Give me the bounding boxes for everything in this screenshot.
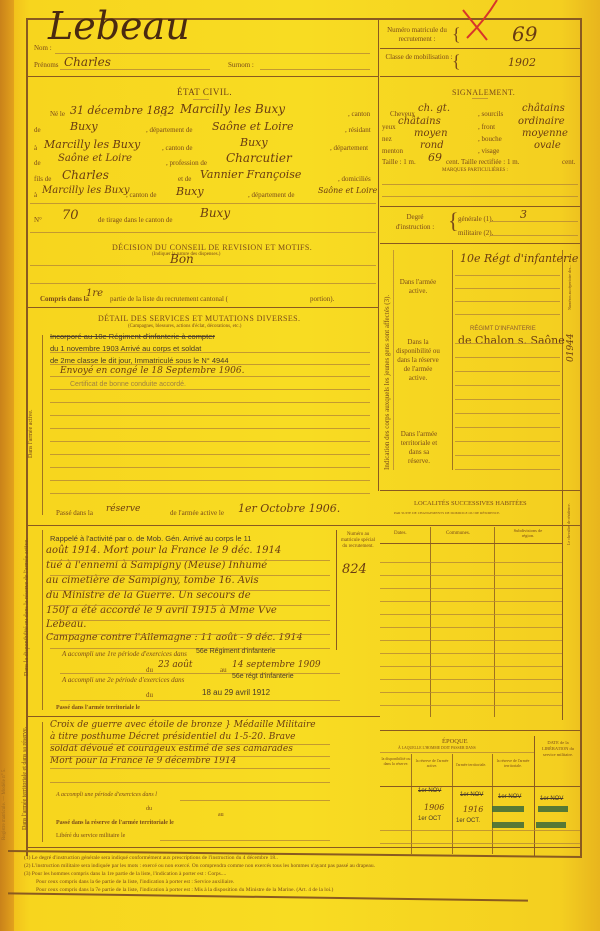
marques-label: MARQUES PARTICULIÈRES : xyxy=(442,168,508,173)
decision-value: Bon xyxy=(170,252,194,266)
localites-col-communes: Communes. xyxy=(446,531,470,536)
classe-label: Classe de mobilisation : xyxy=(384,53,454,62)
degre-instruction-label: Degré d'instruction : xyxy=(390,212,440,232)
residence-dept-value: Saône et Loire xyxy=(58,153,132,164)
residence-value: Marcilly les Buxy xyxy=(44,138,140,151)
prenoms-label: Prénoms xyxy=(34,61,59,69)
services-subtitle: (Campagnes, blessures, actions d'éclat, … xyxy=(128,324,241,329)
footnote-frame-bottom xyxy=(8,892,528,901)
localites-title: LOCALITÉS SUCCESSIVES HABITÉES xyxy=(414,500,527,507)
territoriale-vertical-label: Dans l'armée territoriale et dans sa rés… xyxy=(22,727,28,830)
parents-canton-value: Buxy xyxy=(176,185,204,198)
prenoms-value: Charles xyxy=(64,55,111,69)
services-title: DÉTAIL DES SERVICES ET MUTATIONS DIVERSE… xyxy=(98,314,300,323)
reserve-line-4: au cimetière de Sampigny, tombe 16. Avis xyxy=(46,575,259,586)
epoque-subtitle: À LAQUELLE L'HOMME DOIT PASSER DANS xyxy=(398,746,476,750)
epoque-col-4: la réserve de l'armée territoriale. xyxy=(494,758,532,768)
parents-lieu-value: Marcilly les Buxy xyxy=(42,185,130,196)
pere-value: Charles xyxy=(62,168,109,182)
services-vertical-label: Dans l'armée active. xyxy=(28,409,34,458)
periode1-stamp: 56e Régiment d'infanterie xyxy=(196,648,276,655)
column-divider xyxy=(378,18,379,491)
territoriale-line-1: Croix de guerre avec étoile de bronze } … xyxy=(50,720,316,730)
reserve-line-1: Rappelé à l'activité par o. de Mob. Gén.… xyxy=(50,534,251,543)
red-cross-mark xyxy=(455,0,505,45)
territoriale-line-4: Mort pour la France le 9 décembre 1914 xyxy=(50,756,236,766)
disponibilite-stamp: RÉGIMT D'INFANTERIE xyxy=(470,326,536,332)
compris-value: 1re xyxy=(86,288,103,299)
periode2-stamp: 56e régt d'infanterie xyxy=(232,673,294,680)
departement-value: Saône et Loire xyxy=(212,120,293,133)
affectation-side-label: Numéros au répertoire des... xyxy=(567,265,572,310)
parents-dept-value: Saône et Loire xyxy=(318,186,377,195)
active-label: Dans l'armée active. xyxy=(398,278,438,296)
epoque-stamp-3: 1er NOV xyxy=(498,794,521,800)
territoriale-line-2: à titre posthume Décret présidentiel du … xyxy=(50,732,295,742)
matricule-value: 69 xyxy=(512,22,537,46)
cheveux-value: ch. gt. xyxy=(418,103,450,114)
visage-value: ovale xyxy=(534,140,561,151)
passe-date: 1er Octobre 1906. xyxy=(238,502,340,515)
menton-value: rond xyxy=(420,140,444,151)
epoque-stamp-2: 1er NOV xyxy=(460,792,483,798)
date-naissance-value: 31 décembre 1882 xyxy=(70,104,174,117)
localites-side-label: Le chevalier de résidence. xyxy=(566,503,571,545)
mere-value: Vannier Françoise xyxy=(200,168,301,181)
epoque-stamp-1: 1er NOV xyxy=(418,788,441,794)
periode1-au-value: 14 septembre 1909 xyxy=(232,660,321,670)
yeux-value: châtains xyxy=(398,116,441,127)
lieu-naissance-value: Marcilly les Buxy xyxy=(180,102,285,116)
reserve-line-5: du Ministre de la Guerre. Un secours de xyxy=(46,590,251,601)
epoque-year-1: 1906 xyxy=(424,803,444,812)
epoque-title: ÉPOQUE xyxy=(442,738,468,745)
decision-title: DÉCISION DU CONSEIL DE REVISION ET MOTIF… xyxy=(112,243,312,252)
matricule-label: Numéro matricule du recrutement : xyxy=(382,26,452,44)
passe-value: réserve xyxy=(106,504,140,514)
reserve-line-6: 150f a été accordé le 9 avril 1915 à Mme… xyxy=(46,605,277,616)
affectation-side-number: 01944 xyxy=(566,333,576,362)
periode1-du-value: 23 août xyxy=(158,660,193,670)
redaction-bar xyxy=(536,822,566,828)
footnote-4: Pour ceux compris dans la 6e partie de l… xyxy=(36,879,234,885)
periode2-dates: 18 au 29 avril 1912 xyxy=(202,688,270,697)
residence-canton-value: Buxy xyxy=(240,136,268,149)
epoque-oct-2: 1er OCT. xyxy=(456,818,480,824)
reserve-line-2: août 1914. Mort pour la France le 9 déc.… xyxy=(46,545,281,556)
service-line-1: Incorporé au 10e Régiment d'infanterie à… xyxy=(50,332,215,341)
profession-value: Charcutier xyxy=(226,151,292,165)
footnote-3: (3) Pour les hommes compris dans la 1re … xyxy=(24,871,226,877)
tirage-canton-value: Buxy xyxy=(200,206,230,220)
canton-value: Buxy xyxy=(70,120,98,133)
redaction-bar xyxy=(492,822,524,828)
redaction-bar xyxy=(492,806,524,812)
reserve-vertical-label: Dans la disponibilité ou dans la réserve… xyxy=(24,538,30,676)
frame-right xyxy=(580,18,582,858)
territoriale-line-3: soldat dévoué et courageux estimé de ses… xyxy=(50,744,293,754)
margin-text: Registre matricule. — Modèle n° 5. xyxy=(2,768,7,840)
epoque-stamp-4: 1er NOV xyxy=(540,796,563,802)
numero-matricule-box-label: Numéro au matricule spécial du recruteme… xyxy=(338,532,378,550)
localites-col-subdivisions: Subdivisions de région. xyxy=(508,528,548,538)
front-value: ordinaire xyxy=(518,116,565,127)
classe-value: 1902 xyxy=(508,56,536,69)
epoque-col-1: la disponibilité ou dans la réserve. xyxy=(381,756,411,766)
disponibilite-label: Dans la disponibilité ou dans la réserve… xyxy=(396,338,440,383)
epoque-col-3: l'armée territoriale. xyxy=(453,762,489,767)
footnote-1: (1) Le degré d'instruction générale sera… xyxy=(24,855,278,861)
numero-matricule-box-value: 824 xyxy=(342,562,367,577)
instruction-generale-value: 3 xyxy=(520,208,527,221)
surnom-label: Surnom : xyxy=(228,61,254,69)
footnote-5: Pour ceux compris dans la 7e partie de l… xyxy=(36,887,333,893)
nez-value: moyen xyxy=(414,128,448,139)
affectation-vertical-label: Indication des corps auxquels les jeunes… xyxy=(383,295,391,470)
localites-col-dates: Dates. xyxy=(394,531,407,536)
nom-value: Lebeau xyxy=(48,4,190,48)
territoriale-label: Dans l'armée territoriale et dans sa rés… xyxy=(398,430,440,466)
reserve-line-3: tué à l'ennemi à Sampigny (Meuse) Inhumé xyxy=(46,560,267,571)
redaction-bar xyxy=(538,806,568,812)
ne-le-label: Né le xyxy=(50,110,65,118)
service-line-4: Envoyé en congé le 18 Septembre 1906. xyxy=(60,366,244,376)
service-line-5: Certificat de bonne conduite accordé. xyxy=(70,381,186,388)
footnote-2: (2) L'instruction militaire sera indiqué… xyxy=(24,863,375,869)
taille-value: 69 xyxy=(428,151,442,164)
epoque-date-column: DATE de la LIBÉRATION du service militai… xyxy=(538,740,578,758)
signalement-title: SIGNALEMENT. xyxy=(452,88,515,97)
tirage-no-value: 70 xyxy=(62,208,79,223)
epoque-year-2: 1916 xyxy=(463,805,483,814)
epoque-col-2: la réserve de l'armée active. xyxy=(413,758,451,768)
epoque-oct-1: 1er OCT xyxy=(418,816,441,822)
bouche-value: moyenne xyxy=(522,128,568,139)
etat-civil-title: ÉTAT CIVIL. xyxy=(177,87,232,97)
localites-subtitle: PAR SUITE DE CHANGEMENTS DE DOMICILE OU … xyxy=(394,511,500,515)
sourcils-value: châtains xyxy=(522,103,565,114)
affectation-disponibilite-value: de Chalon s. Saône xyxy=(458,334,565,347)
affectation-active-value: 10e Régt d'infanterie xyxy=(460,252,578,265)
